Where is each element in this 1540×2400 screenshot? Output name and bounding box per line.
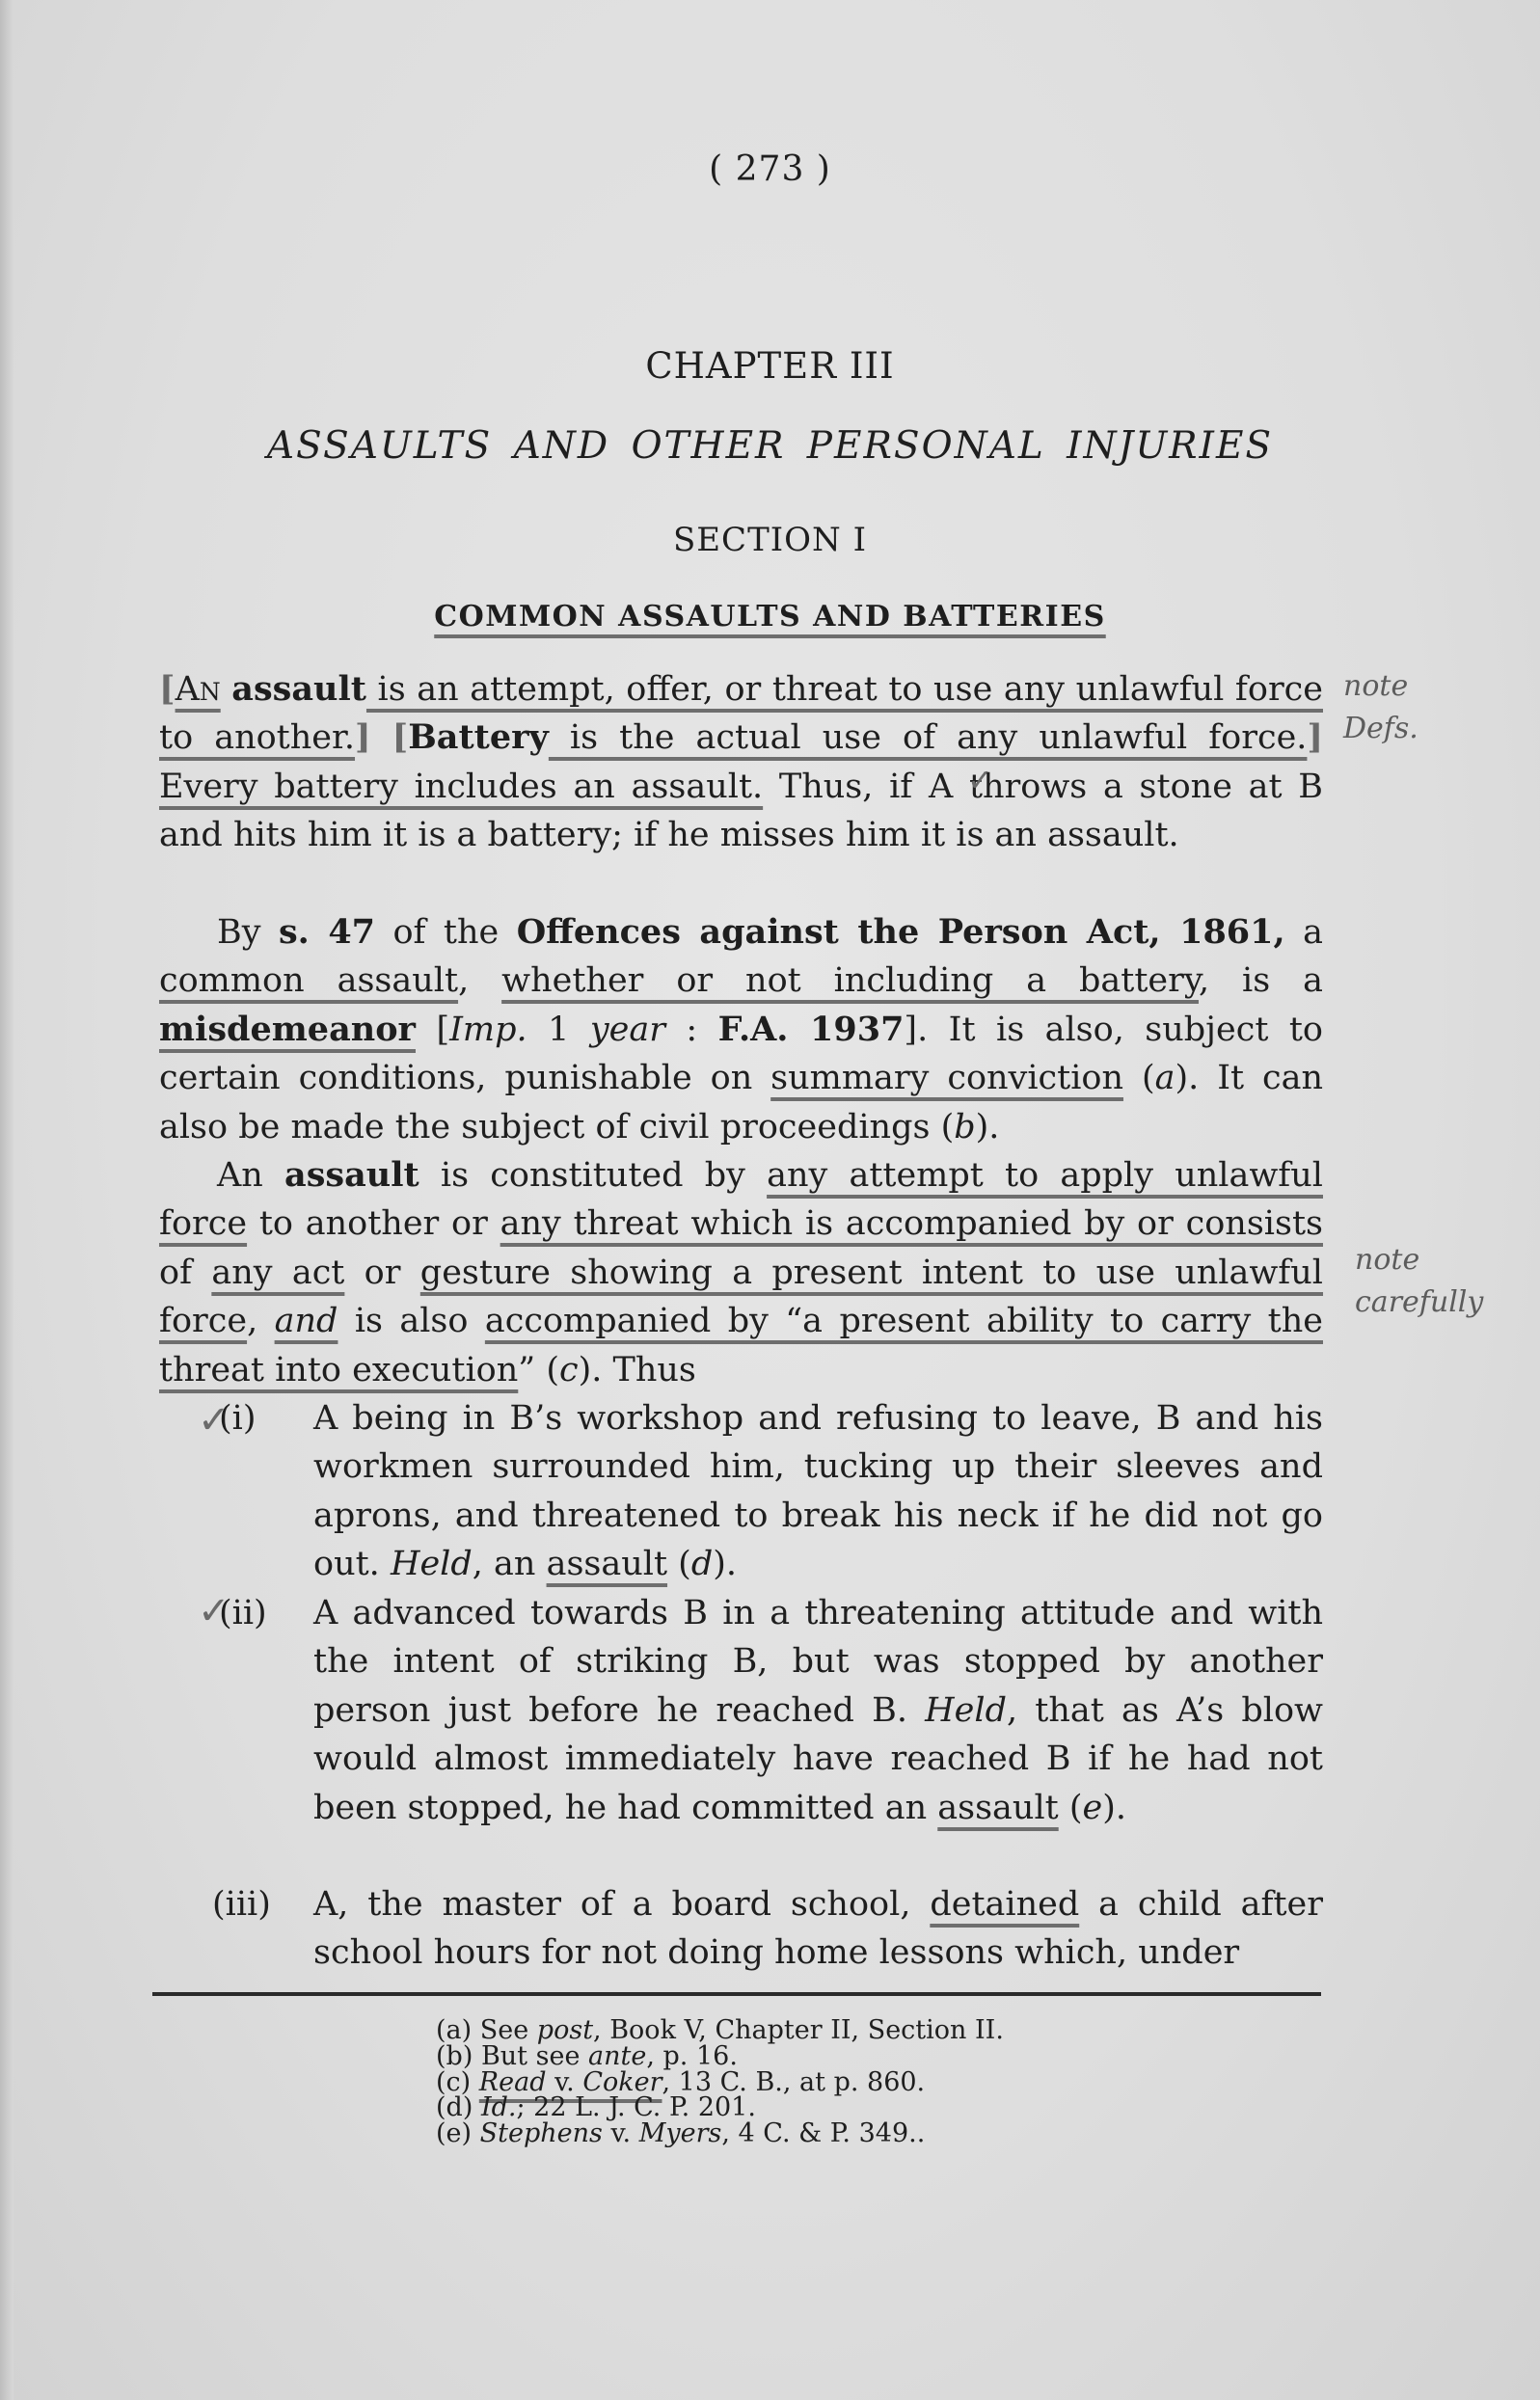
checkmark-icon: ✓ [967, 762, 993, 798]
act-name: Offences against the Person Act, 1861, [517, 912, 1285, 952]
term-assault: assault [284, 1155, 419, 1195]
text: ( [1123, 1059, 1155, 1097]
text: Myers [639, 2118, 722, 2148]
text: ). Thus [579, 1351, 696, 1389]
case-item-iii: (iii) A, the master of a board school, d… [159, 1880, 1323, 1978]
text: , is a [1199, 961, 1323, 1000]
note-line: Defs. [1343, 708, 1418, 750]
text: 1 [527, 1011, 590, 1049]
text: , [247, 1302, 275, 1340]
underlined-word: detained [930, 1885, 1079, 1924]
footnote-a: (a) See post, Book V, Chapter II, Sectio… [436, 2018, 1004, 2044]
footnotes: (a) See post, Book V, Chapter II, Sectio… [436, 2018, 1004, 2147]
paragraph-definitions: [An assault is an attempt, offer, or thr… [159, 665, 1323, 860]
text: or [344, 1254, 419, 1292]
text: ( [667, 1545, 691, 1583]
footnote-ref-e[interactable]: e [1083, 1789, 1103, 1827]
text-an: An [176, 670, 221, 709]
text: ( [1059, 1789, 1083, 1827]
case-item-i: (i) A being in B’s workshop and refusing… [159, 1394, 1323, 1589]
note-line: carefully [1355, 1281, 1483, 1324]
paragraph-assault-constituted: An assault is constituted by any attempt… [159, 1151, 1323, 1394]
text: ). [713, 1545, 737, 1583]
text-year: year [590, 1011, 665, 1049]
text: of [159, 1254, 211, 1292]
footnote-c: (c) Read v. Coker, 13 C. B., at p. 860. [436, 2070, 1004, 2096]
underlined-word: assault [547, 1545, 667, 1583]
section-title-text: COMMON ASSAULTS AND BATTERIES [434, 600, 1105, 634]
chapter-heading: CHAPTER III [0, 345, 1540, 387]
case-item-ii: (ii) A advanced towards B in a threateni… [159, 1589, 1323, 1832]
text: By [217, 913, 279, 952]
text-held: Held [391, 1545, 473, 1583]
page-number: ( 273 ) [0, 149, 1540, 189]
text: , an [473, 1545, 547, 1583]
term-battery: Battery [408, 717, 549, 757]
term-summary-conviction: summary conviction [770, 1059, 1123, 1097]
term-misdemeanor: misdemeanor [159, 1010, 416, 1049]
underlined-phrase: any act [211, 1254, 344, 1292]
text: [ [416, 1011, 449, 1049]
footnote-ref-c[interactable]: c [559, 1351, 579, 1389]
footnote-mark: (e) [436, 2118, 472, 2148]
text: ” ( [518, 1351, 559, 1389]
open-bracket-mark: [ [392, 717, 409, 757]
text: ). [1102, 1789, 1126, 1827]
text: to another or [247, 1204, 500, 1243]
text: , [458, 961, 501, 1000]
text: ). [976, 1108, 1000, 1146]
close-bracket-mark: ] [1307, 717, 1323, 757]
item-number: (iii) [212, 1880, 271, 1928]
paragraph-statute: By s. 47 of the Offences against the Per… [159, 908, 1323, 1151]
underlined-phrase: whether or not including a battery [501, 961, 1199, 1000]
note-line: note [1343, 665, 1418, 708]
text-imp: Imp. [449, 1011, 527, 1049]
text: An [217, 1156, 284, 1195]
finance-act-ref: F.A. 1937 [718, 1010, 905, 1049]
text: is constituted by [419, 1156, 767, 1195]
footnote-b: (b) But see ante, p. 16. [436, 2044, 1004, 2070]
item-number: (i) [219, 1394, 257, 1443]
footnote-ref-a[interactable]: a [1155, 1059, 1175, 1097]
footnote-divider [152, 1992, 1321, 1996]
chapter-title: ASSAULTS AND OTHER PERSONAL INJURIES [0, 424, 1540, 468]
close-bracket-mark: ] [355, 717, 371, 757]
text-held: Held [925, 1691, 1007, 1730]
underlined-word: assault [937, 1789, 1058, 1827]
item-text: A, the master of a board school, [313, 1885, 930, 1924]
text: , 4 C. & P. 349.. [721, 2118, 925, 2148]
term-common-assault: common assault [159, 961, 458, 1000]
term-assault: assault [231, 669, 366, 709]
section-title: COMMON ASSAULTS AND BATTERIES [0, 600, 1540, 634]
note-line: note [1355, 1239, 1483, 1281]
footnote-d: (d) Id.; 22 L. J. C. P. 201. [436, 2095, 1004, 2121]
text: a [1285, 913, 1323, 952]
section-heading: SECTION I [0, 521, 1540, 559]
text: Stephens [480, 2118, 603, 2148]
underlined-phrase: any threat which is accompanied by or co… [500, 1204, 1323, 1243]
text-and: and [275, 1302, 338, 1340]
text [472, 2118, 480, 2148]
text: is also [338, 1302, 484, 1340]
handwritten-note: note carefully [1355, 1239, 1483, 1324]
text: : [665, 1011, 718, 1049]
footnote-ref-d[interactable]: d [691, 1545, 713, 1583]
battery-definition: is the actual use of any unlawful force. [549, 718, 1308, 757]
text: of the [375, 913, 517, 952]
battery-includes-assault: Every battery includes an assault. [159, 768, 763, 806]
text: v. [603, 2118, 639, 2148]
footnote-ref-b[interactable]: b [954, 1108, 975, 1146]
footnote-e: (e) Stephens v. Myers, 4 C. & P. 349.. [436, 2121, 1004, 2147]
section-ref: s. 47 [279, 912, 375, 952]
open-bracket-mark: [ [159, 669, 176, 709]
handwritten-note: note Defs. [1343, 665, 1418, 750]
item-number: (ii) [219, 1589, 267, 1637]
